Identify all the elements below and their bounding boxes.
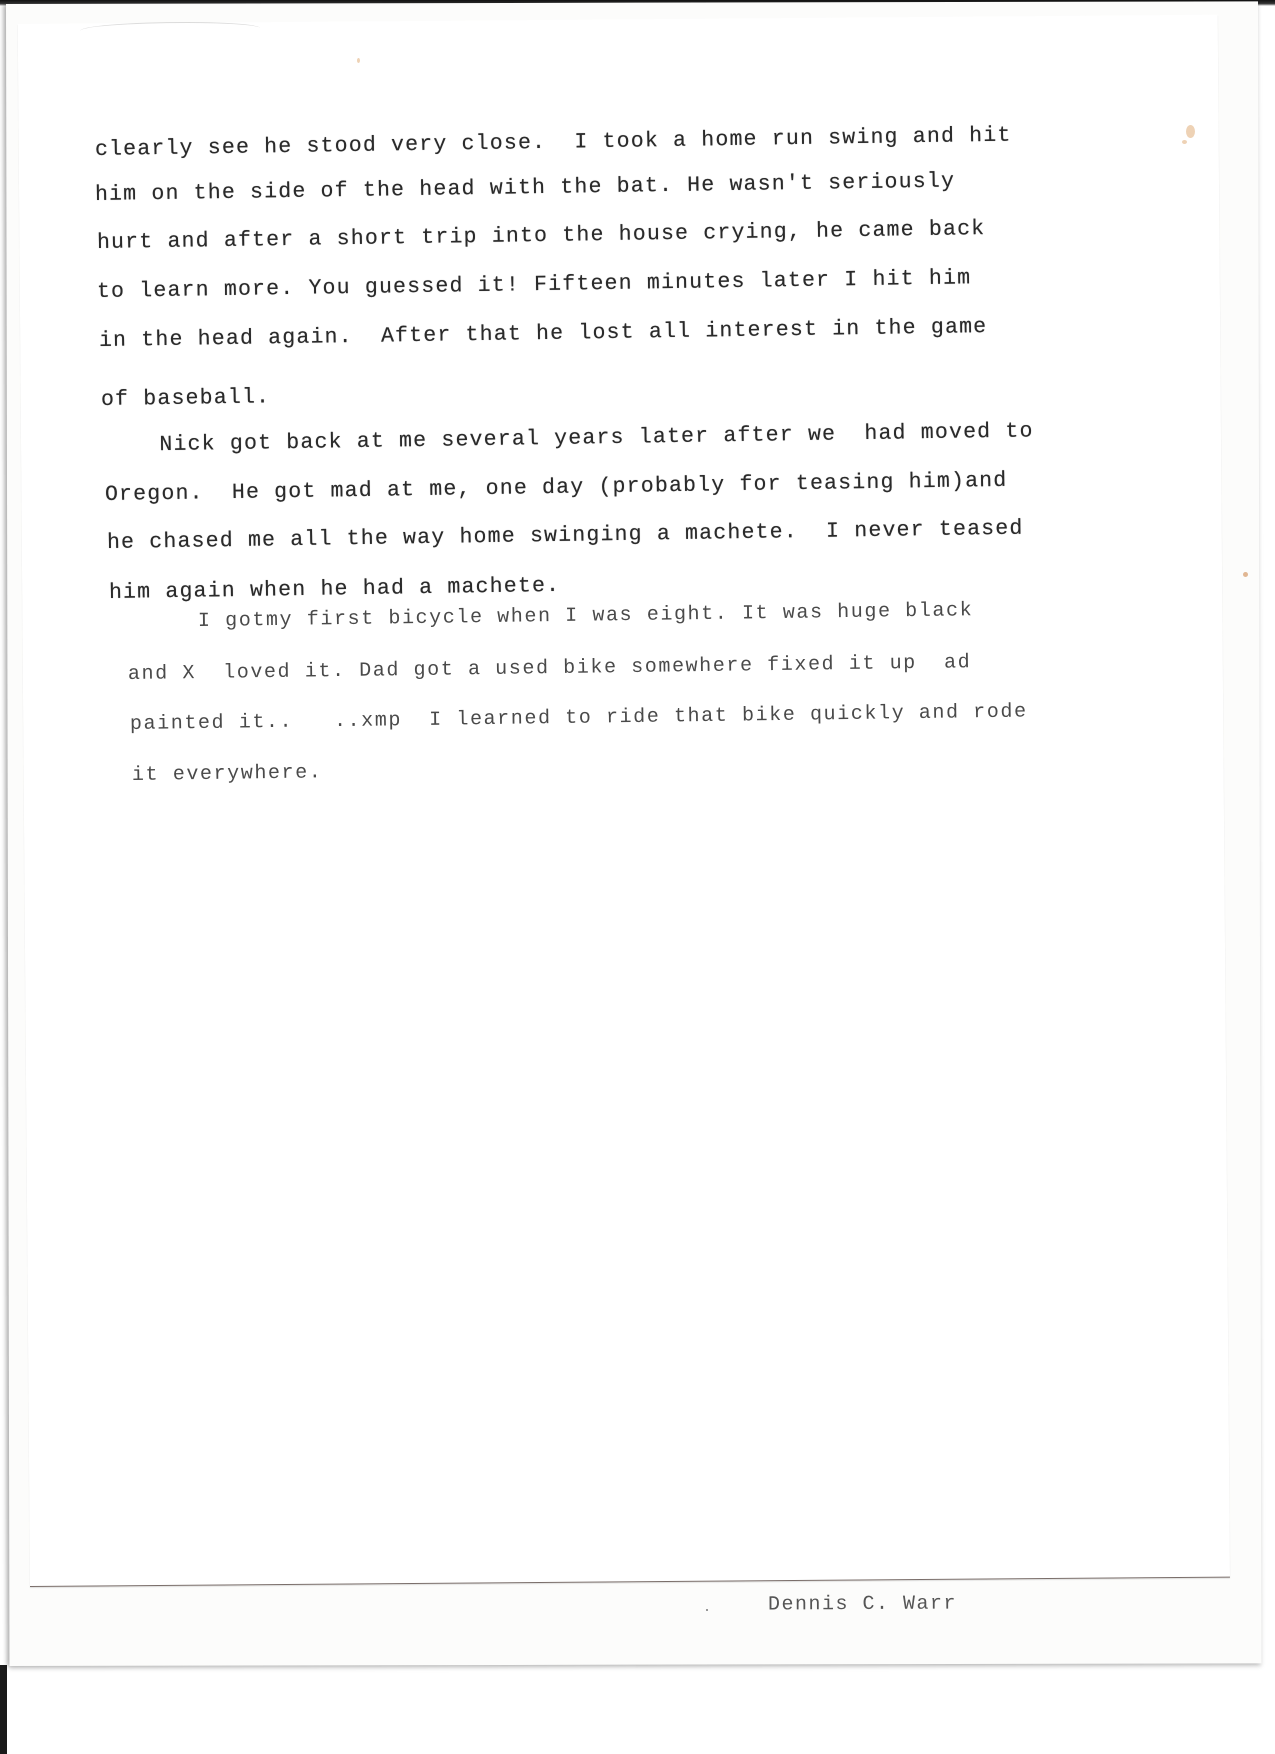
ink-speck xyxy=(706,1609,708,1611)
paper-stain xyxy=(1186,125,1195,138)
scanner-left-border xyxy=(0,1665,7,1754)
paper-crease xyxy=(80,22,260,37)
paper-stain xyxy=(1243,572,1248,577)
text-line: of baseball. xyxy=(101,387,271,411)
paper-stain xyxy=(357,58,360,63)
text-line: it everywhere. xyxy=(132,763,323,786)
signature: Dennis C. Warr xyxy=(768,1593,957,1617)
paper-stain xyxy=(1182,140,1187,144)
